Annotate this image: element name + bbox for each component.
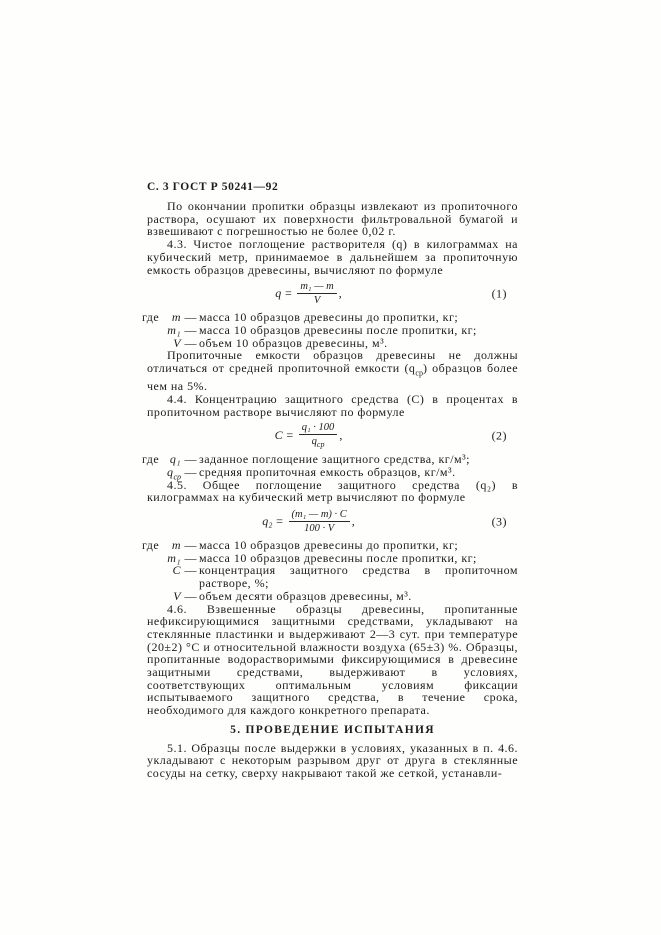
formula-1-number: (1) xyxy=(492,287,507,300)
where-3-item-c: С — концентрация защитного средства в пр… xyxy=(147,564,518,589)
formula-3-number: (3) xyxy=(492,515,507,528)
formula-1-lhs: q = xyxy=(275,287,292,300)
formula-2-denominator: qср xyxy=(312,435,325,450)
where-1-item-v-desc: объем 10 образцов древесины, м³. xyxy=(199,336,388,350)
where-1-prefix: где xyxy=(142,311,159,324)
q-avg-subscript: ср xyxy=(415,368,423,377)
where-1-item-v: V — объем 10 образцов древесины, м³. xyxy=(147,337,518,350)
where-3-item-v: V — объем десяти образцов древесины, м³. xyxy=(147,590,518,603)
formula-3-fraction: (m₁ — m) · С 100 · V xyxy=(289,509,350,534)
formula-1-numerator: m₁ — m xyxy=(297,281,336,294)
formula-2-expression: С = q₁ · 100 qср , xyxy=(275,422,343,450)
paragraph-intro: По окончании пропитки образцы извлекают … xyxy=(147,200,518,238)
where-list-1: гдеm — масса 10 образцов древесины до пр… xyxy=(147,311,518,349)
formula-3-denominator: 100 · V xyxy=(304,522,334,534)
text-block: По окончании пропитки образцы извлекают … xyxy=(147,200,518,780)
formula-2-lhs: С = xyxy=(275,429,294,442)
formula-3: q₂ = (m₁ — m) · С 100 · V , (3) xyxy=(147,506,518,537)
formula-1-denominator: V xyxy=(314,294,320,306)
paragraph-impregnation-capacity: Пропиточные емкости образцов древесины н… xyxy=(147,349,518,393)
formula-2: С = q₁ · 100 qср , (2) xyxy=(147,420,518,451)
paragraph-4-6: 4.6. Взвешенные образцы древесины, пропи… xyxy=(147,603,518,717)
paragraph-5-1: 5.1. Образцы после выдержки в условиях, … xyxy=(147,742,518,780)
where-2-prefix: где xyxy=(142,453,159,466)
where-3-prefix: где xyxy=(142,539,159,552)
where-3-item-c-desc: концентрация защитного средства в пропит… xyxy=(199,563,518,590)
paragraph-4-5: 4.5. Общее поглощение защитного средства… xyxy=(147,479,518,504)
formula-1-fraction: m₁ — m V xyxy=(297,281,336,306)
where-list-2: гдеq₁ — заданное поглощение защитного ср… xyxy=(147,453,518,478)
document-page: С. 3 ГОСТ Р 50241—92 По окончании пропит… xyxy=(0,0,661,935)
where-2-item-qavg: qср — средняя пропиточная емкость образц… xyxy=(147,466,518,479)
formula-3-expression: q₂ = (m₁ — m) · С 100 · V , xyxy=(262,509,355,534)
formula-3-numerator: (m₁ — m) · С xyxy=(289,509,350,522)
formula-3-lhs: q₂ = xyxy=(262,515,283,528)
formula-2-numerator: q₁ · 100 xyxy=(299,422,338,435)
formula-2-fraction: q₁ · 100 qср xyxy=(299,422,338,450)
where-list-3: гдеm — масса 10 образцов древесины до пр… xyxy=(147,539,518,603)
formula-2-number: (2) xyxy=(492,429,507,442)
formula-1: q = m₁ — m V , (1) xyxy=(147,278,518,309)
paragraph-4-3: 4.3. Чистое поглощение растворителя (q) … xyxy=(147,238,518,276)
where-3-item-v-desc: объем десяти образцов древесины, м³. xyxy=(199,589,412,603)
section-5-heading: 5. ПРОВЕДЕНИЕ ИСПЫТАНИЯ xyxy=(147,724,518,737)
paragraph-4-4: 4.4. Концентрацию защитного средства (С)… xyxy=(147,393,518,418)
running-header: С. 3 ГОСТ Р 50241—92 xyxy=(147,181,278,193)
formula-1-expression: q = m₁ — m V , xyxy=(275,281,342,306)
where-2-item-qavg-desc: средняя пропиточная емкость образцов, кг… xyxy=(199,465,456,479)
